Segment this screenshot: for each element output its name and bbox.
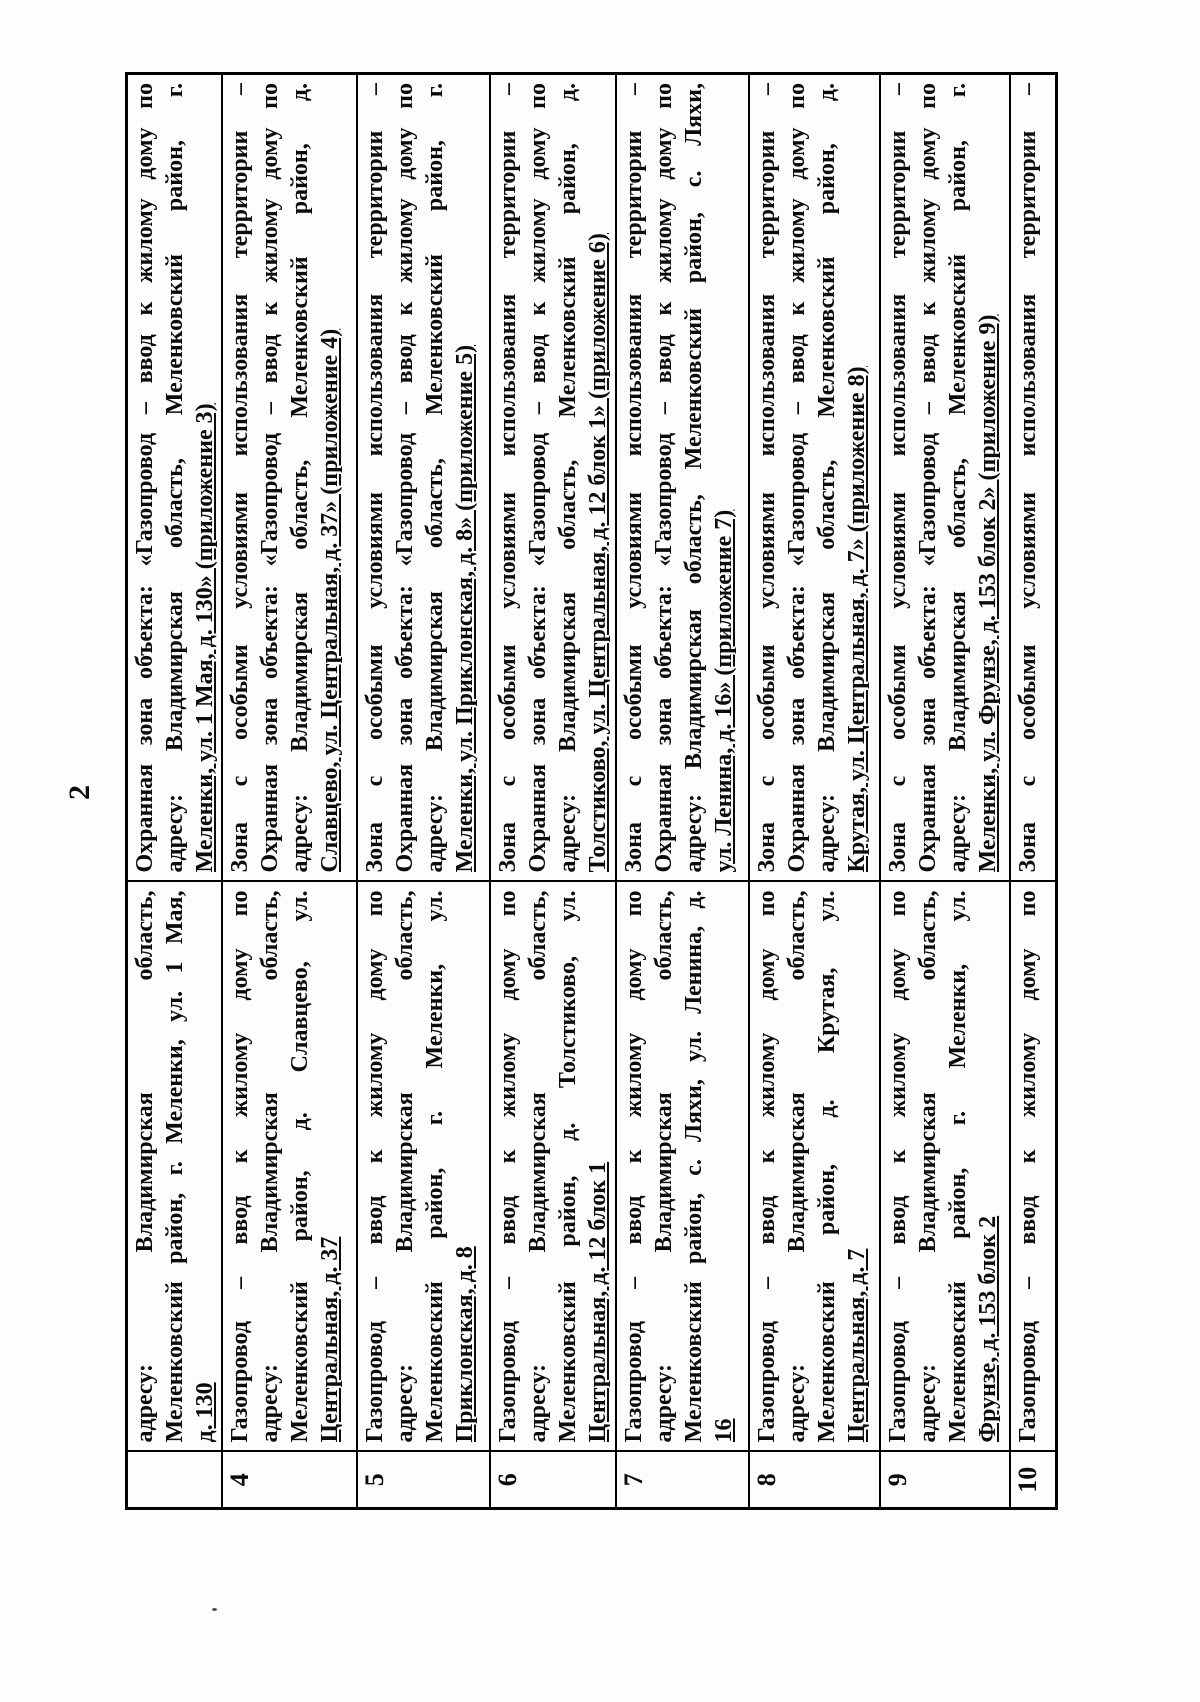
text-line: Фрунзе, д. 153 блок 2 [973,891,1003,1443]
object-name-cell: Газопровод – ввод к жилому дому поадресу… [357,882,490,1452]
table-row: 7Газопровод – ввод к жилому дому поадрес… [616,74,749,1509]
row-number-cell: 5 [357,1452,490,1509]
table-row: 8Газопровод – ввод к жилому дому поадрес… [749,74,880,1509]
text-line: Меленки, ул. Фрунзе, д. 153 блок 2» (при… [973,83,1003,873]
text-line: Охранная зона объекта: «Газопровод – вво… [255,83,285,873]
text-line: Газопровод – ввод к жилому дому по [360,891,390,1443]
text-line: адресу: Владимирская область, Меленковск… [285,83,315,873]
text-line: Газопровод – ввод к жилому дому по [225,891,255,1443]
object-name-cell: Газопровод – ввод к жилому дому поадресу… [749,882,880,1452]
text-line: Зона с особыми условиями использования т… [752,83,782,873]
text-line: Меленковский район, г. Меленки, ул. [420,891,450,1443]
text-line: адресу: Владимирская область, Меленковск… [420,83,450,873]
text-line: адресу: Владимирская область, Меленковск… [812,83,842,873]
page-number: 2 [60,785,98,800]
text-line: Меленки, ул. 1 Мая, д. 130» (приложение … [190,83,220,873]
table-row: 4Газопровод – ввод к жилому дому поадрес… [222,74,357,1509]
text-line: Газопровод – ввод к жилому дому по [619,891,649,1443]
table-row: 9Газопровод – ввод к жилому дому поадрес… [880,74,1010,1509]
zone-description-cell: Зона с особыми условиями использования т… [222,74,357,882]
text-line: Толстиково, ул. Центральная, д. 12 блок … [583,83,613,873]
object-name-cell: адресу: Владимирская область,Меленковски… [127,882,222,1452]
object-name-cell: Газопровод – ввод к жилому дому поадресу… [880,882,1010,1452]
text-line: Центральная, д. 12 блок 1 [583,891,613,1443]
text-line: адресу: Владимирская область, Меленковск… [679,83,709,873]
text-line: Зона с особыми условиями использования т… [883,83,913,873]
text-line: Охранная зона объекта: «Газопровод – вво… [523,83,553,873]
row-number-cell: 8 [749,1452,880,1509]
text-line: адресу: Владимирская область, [782,891,812,1443]
text-line: Меленковский район, г. Меленки, ул. [943,891,973,1443]
zone-description-cell: Зона с особыми условиями использования т… [1010,74,1057,882]
text-line: адресу: Владимирская область, Меленковск… [553,83,583,873]
text-line: Крутая, ул. Центральная, д. 7» (приложен… [842,83,872,873]
text-line: адресу: Владимирская область, [390,891,420,1443]
zone-description-cell: Зона с особыми условиями использования т… [616,74,749,882]
text-line: Зона с особыми условиями использования т… [360,83,390,873]
text-line: Меленки, ул. Приклонская, д. 8» (приложе… [450,83,480,873]
document-table: адресу: Владимирская область,Меленковски… [125,72,1058,1510]
row-number-cell: 10 [1010,1452,1057,1509]
text-line: Зона с особыми условиями использования т… [225,83,255,873]
text-line: адресу: Владимирская область, Меленковск… [160,83,190,873]
zone-description-cell: Зона с особыми условиями использования т… [357,74,490,882]
text-line: адресу: Владимирская область, [913,891,943,1443]
text-line: Приклонская, д. 8 [450,891,480,1443]
text-line: Газопровод – ввод к жилому дому по [752,891,782,1443]
text-line: ул. Ленина, д. 16» (приложение 7) [709,83,739,873]
table-row: 10Газопровод – ввод к жилому дому поЗона… [1010,74,1057,1509]
text-line: адресу: Владимирская область, [130,891,160,1443]
text-line: Меленковский район, д. Славцево, ул. [285,891,315,1443]
text-line: Газопровод – ввод к жилому дому по [883,891,913,1443]
row-number-cell: 4 [222,1452,357,1509]
text-line: Охранная зона объекта: «Газопровод – вво… [913,83,943,873]
text-line: д. 130 [190,891,220,1443]
text-line: Меленковский район, д. Крутая, ул. [812,891,842,1443]
text-line: адресу: Владимирская область, [649,891,679,1443]
row-number-cell: 7 [616,1452,749,1509]
text-line: 16 [709,891,739,1443]
object-name-cell: Газопровод – ввод к жилому дому по [1010,882,1057,1452]
text-line: Зона с особыми условиями использования т… [493,83,523,873]
page-number-band: 2 [60,75,125,1510]
text-line: Охранная зона объекта: «Газопровод – вво… [649,83,679,873]
object-name-cell: Газопровод – ввод к жилому дому поадресу… [222,882,357,1452]
table-row: адресу: Владимирская область,Меленковски… [127,74,222,1509]
text-line: адресу: Владимирская область, Меленковск… [943,83,973,873]
text-line: Меленковский район, д. Толстиково, ул. [553,891,583,1443]
text-line: Центральная, д. 37 [315,891,345,1443]
object-name-cell: Газопровод – ввод к жилому дому поадресу… [490,882,616,1452]
text-line: Славцево, ул. Центральная, д. 37» (прило… [315,83,345,873]
text-line: Зона с особыми условиями использования т… [1013,83,1043,873]
text-line: Меленковский район, г. Меленки, ул. 1 Ма… [160,891,190,1443]
row-number-cell [127,1452,222,1509]
document-table-body: адресу: Владимирская область,Меленковски… [127,74,1057,1509]
text-line: Центральная, д. 7 [842,891,872,1443]
zone-description-cell: Зона с особыми условиями использования т… [749,74,880,882]
row-number-cell: 9 [880,1452,1010,1509]
scanned-page-rotated-content: 2 адресу: Владимирская область,Меленковс… [60,75,1045,1510]
zone-description-cell: Зона с особыми условиями использования т… [490,74,616,882]
object-name-cell: Газопровод – ввод к жилому дому поадресу… [616,882,749,1452]
text-line: Зона с особыми условиями использования т… [619,83,649,873]
text-line: Газопровод – ввод к жилому дому по [493,891,523,1443]
text-line: Газопровод – ввод к жилому дому по [1013,891,1043,1443]
text-line: Охранная зона объекта: «Газопровод – вво… [390,83,420,873]
text-line: адресу: Владимирская область, [255,891,285,1443]
table-row: 6Газопровод – ввод к жилому дому поадрес… [490,74,616,1509]
row-number-cell: 6 [490,1452,616,1509]
zone-description-cell: Охранная зона объекта: «Газопровод – вво… [127,74,222,882]
text-line: адресу: Владимирская область, [523,891,553,1443]
table-row: 5Газопровод – ввод к жилому дому поадрес… [357,74,490,1509]
scan-artifact-speck [212,1608,217,1611]
text-line: Меленковский район, с. Ляхи, ул. Ленина,… [679,891,709,1443]
zone-description-cell: Зона с особыми условиями использования т… [880,74,1010,882]
text-line: Охранная зона объекта: «Газопровод – вво… [130,83,160,873]
text-line: Охранная зона объекта: «Газопровод – вво… [782,83,812,873]
